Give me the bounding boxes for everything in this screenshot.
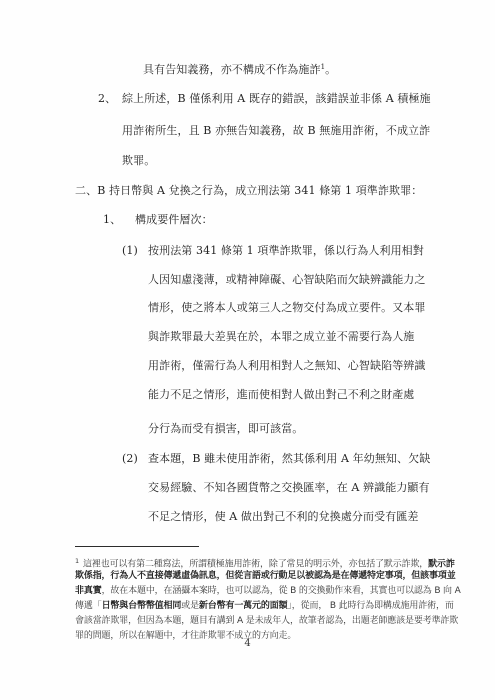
body-line: 能力不足之情形，進而使相對人做出對己不利之財產處	[148, 388, 414, 402]
footnote-separator	[75, 546, 199, 547]
footnote-text: 」，從而， B 此時行為即構成施用詐術，而	[287, 601, 453, 611]
list-marker: 1、	[103, 213, 121, 227]
body-line: 情形，使之將本人或第三人之物交付為成立要件。又本罪	[148, 301, 426, 315]
body-line-text: 。	[325, 63, 336, 76]
body-line: 分行為而受有損害，即可該當。	[148, 422, 303, 436]
footnote-line: 會該當詐欺罪，但因為本題，題目有講到 A 是未成年人，故筆者認為，出題老師應該是…	[75, 615, 458, 627]
body-line: 具有告知義務，亦不構成不作為施詐1。	[143, 60, 336, 77]
footnote-text-bold: 非真實	[75, 586, 102, 596]
body-line: 查本題，B 雖未使用詐術，然其係利用 A 年幼無知、欠缺	[148, 452, 430, 466]
body-line: 綜上所述，B 僅係利用 A 既存的錯誤，該錯誤並非係 A 積極施	[122, 92, 431, 106]
body-line: 用詐術所生，且 B 亦無告知義務，故 B 無施用詐術，不成立詐	[122, 124, 430, 138]
footnote-text: 這裡也可以有第二種寫法，所謂積極施用詐術，除了常見的明示外，亦包括了默示詐欺，	[83, 560, 428, 570]
section-heading-line: 二、B 持日幣與 A 兌換之行為，成立刑法第 341 條第 1 項準詐欺罪：	[75, 184, 422, 198]
document-page: 具有告知義務，亦不構成不作為施詐1。 2、 綜上所述，B 僅係利用 A 既存的錯…	[0, 0, 495, 700]
body-line: 交易經驗、不知各國貨幣之交換匯率，在 A 辨識能力顯有	[148, 481, 430, 495]
list-marker: (1)	[122, 244, 138, 258]
footnote-number-superscript: 1	[75, 557, 79, 565]
body-line: 人因知慮淺薄，或精神障礙、心智缺陷而欠缺辨識能力之	[148, 273, 426, 287]
footnote-text-bold: 新台幣有一萬元的面額	[199, 601, 288, 611]
footnote-line: 1這裡也可以有第二種寫法，所謂積極施用詐術，除了常見的明示外，亦包括了默示詐欺，…	[75, 555, 455, 571]
list-marker: (2)	[122, 452, 138, 466]
body-line-text: 具有告知義務，亦不構成不作為施詐	[143, 63, 321, 76]
footnote-text-bold: 日幣與台幣幣值相同	[102, 601, 182, 611]
body-line: 欺罪。	[122, 154, 155, 168]
footnote-line: 傳遞「日幣與台幣幣值相同或是新台幣有一萬元的面額」，從而， B 此時行為即構成施…	[75, 600, 454, 612]
footnote-line: 非真實，故在本題中，在涵攝本案時，也可以認為，從 B 的交換動作來看，其實也可以…	[75, 585, 461, 597]
footnote-line: 欺係指，行為人不直接傳遞虛偽訊息，但從言語或行動足以被認為是在傳遞特定事項，但該…	[75, 570, 456, 582]
body-line: 按刑法第 341 條第 1 項準詐欺罪，係以行為人利用相對	[148, 244, 424, 258]
body-line: 不足之情形，使 A 做出對己不利的兌換處分而受有匯差	[148, 510, 419, 524]
list-marker: 2、	[98, 92, 116, 106]
footnote-text: 或是	[181, 601, 199, 611]
footnote-text-bold: 默示詐	[428, 560, 455, 570]
body-line: 與詐欺罪最大差異在於，本罪之成立並不需要行為人施	[148, 330, 414, 344]
footnote-text: 會該當詐欺罪，但因為本題，題目有講到 A 是未成年人，故筆者認為，出題老師應該是…	[75, 616, 458, 626]
page-number: 4	[0, 638, 495, 649]
footnote-text: 傳遞「	[75, 601, 102, 611]
body-line: 用詐術，僅需行為人利用相對人之無知、心智缺陷等辨識	[148, 359, 426, 373]
footnote-text-bold: 欺係指，行為人不直接傳遞虛偽訊息，但從言語或行動足以被認為是在傳遞特定事項，但該…	[75, 571, 456, 581]
body-line: 構成要件層次：	[135, 213, 213, 227]
footnote-text: ，故在本題中，在涵攝本案時，也可以認為，從 B 的交換動作來看，其實也可以認為 …	[102, 586, 461, 596]
